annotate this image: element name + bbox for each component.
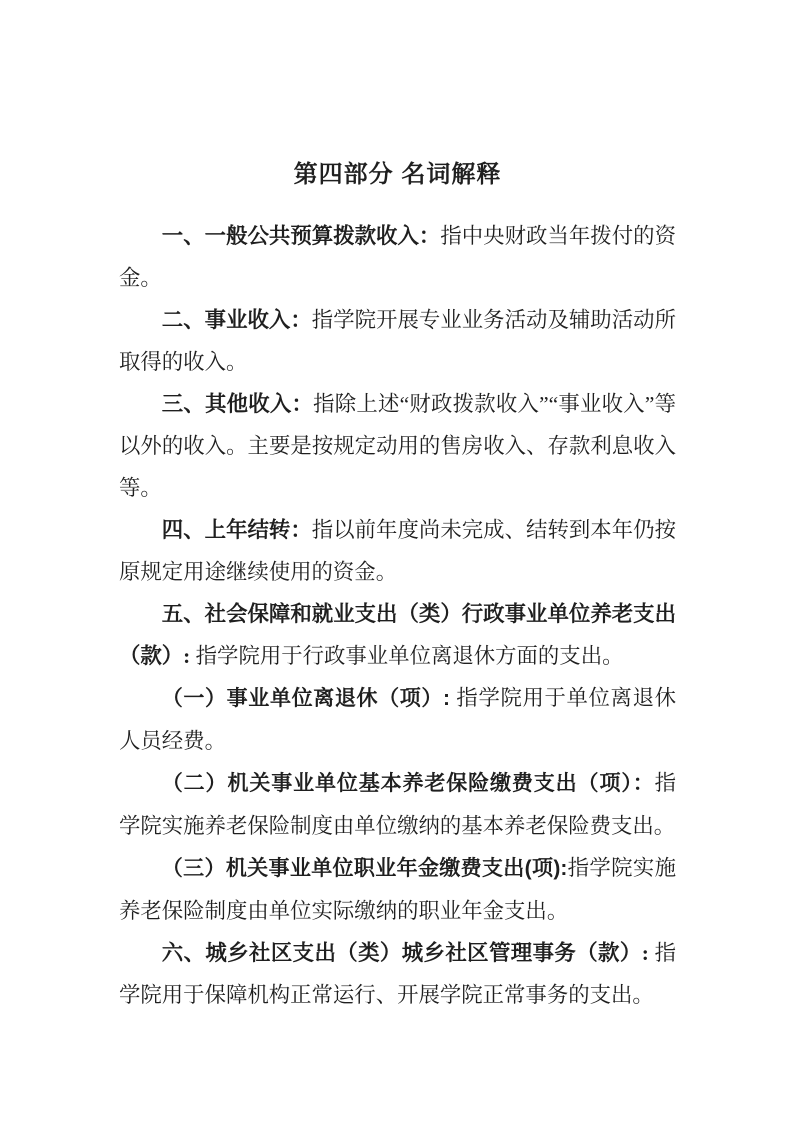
term-label: （三）机关事业单位职业年金缴费支出(项): — [162, 857, 568, 880]
term-label: （一）事业单位离退休（项）: — [162, 687, 457, 710]
term-paragraph: 五、社会保障和就业支出（类）行政事业单位养老支出（款）: 指学院用于行政事业单位… — [119, 593, 676, 677]
document-body: 一、一般公共预算拨款收入：指中央财政当年拨付的资金。 二、事业收入：指学院开展专… — [119, 215, 676, 1016]
term-paragraph: 二、事业收入：指学院开展专业业务活动及辅助活动所取得的收入。 — [119, 299, 676, 383]
term-label: 二、事业收入： — [162, 308, 312, 332]
term-paragraph: （二）机关事业单位基本养老保险缴费支出（项）：指学院实施养老保险制度由单位缴纳的… — [119, 762, 676, 847]
term-definition: 指学院用于行政事业单位离退休方面的支出。 — [196, 644, 624, 668]
term-paragraph: 三、其他收入：指除上述“财政拨款收入”“事业收入”等以外的收入。主要是按规定动用… — [119, 383, 676, 509]
term-label: 六、城乡社区支出（类）城乡社区管理事务（款）: — [162, 941, 655, 965]
term-label: 一、一般公共预算拨款收入： — [162, 224, 441, 248]
term-paragraph: 六、城乡社区支出（类）城乡社区管理事务（款）: 指学院用于保障机构正常运行、开展… — [119, 932, 676, 1016]
term-paragraph: （三）机关事业单位职业年金缴费支出(项):指学院实施养老保险制度由单位实际缴纳的… — [119, 847, 676, 932]
term-label: 四、上年结转： — [162, 518, 312, 542]
page-title: 第四部分 名词解释 — [119, 158, 676, 192]
term-label: 三、其他收入： — [162, 392, 313, 416]
term-paragraph: 四、上年结转：指以前年度尚未完成、结转到本年仍按原规定用途继续使用的资金。 — [119, 509, 676, 593]
term-paragraph: （一）事业单位离退休（项）: 指学院用于单位离退休人员经费。 — [119, 677, 676, 762]
term-label: （二）机关事业单位基本养老保险缴费支出（项）： — [162, 772, 655, 795]
term-paragraph: 一、一般公共预算拨款收入：指中央财政当年拨付的资金。 — [119, 215, 676, 299]
document-page: 第四部分 名词解释 一、一般公共预算拨款收入：指中央财政当年拨付的资金。 二、事… — [0, 0, 794, 1123]
